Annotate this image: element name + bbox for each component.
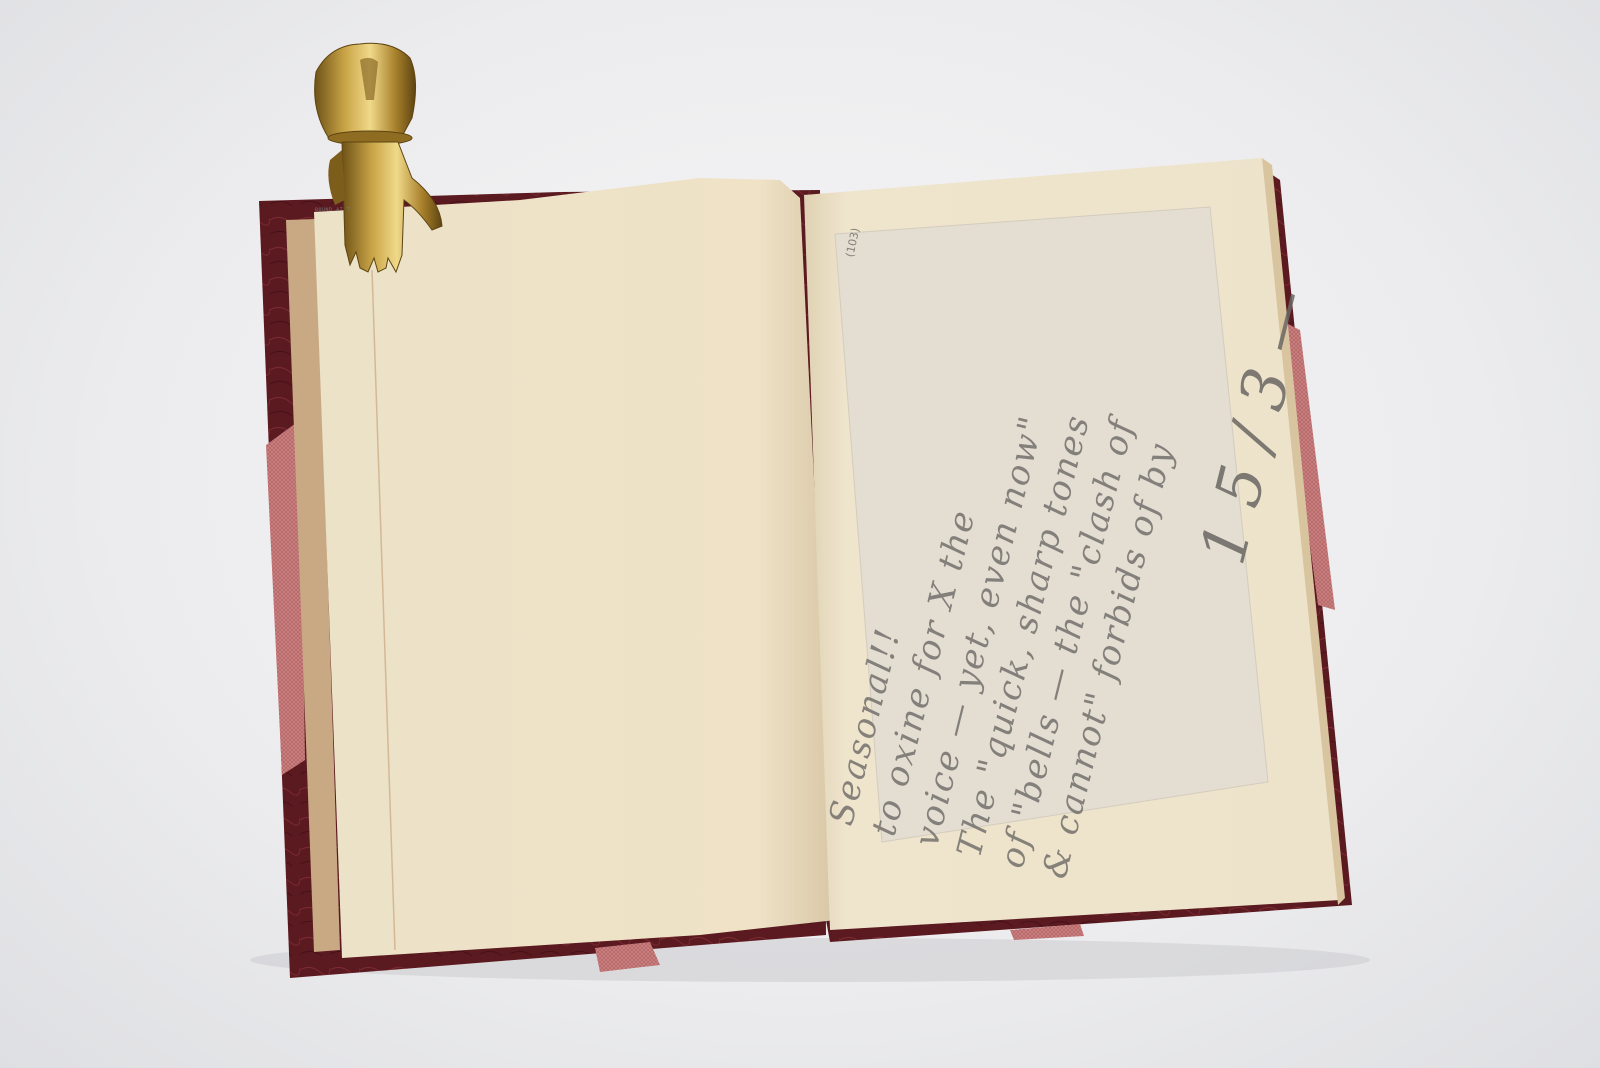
binding-label: BOUND AT T xyxy=(315,207,350,214)
left-page xyxy=(314,178,836,958)
book-scene xyxy=(0,0,1600,1068)
